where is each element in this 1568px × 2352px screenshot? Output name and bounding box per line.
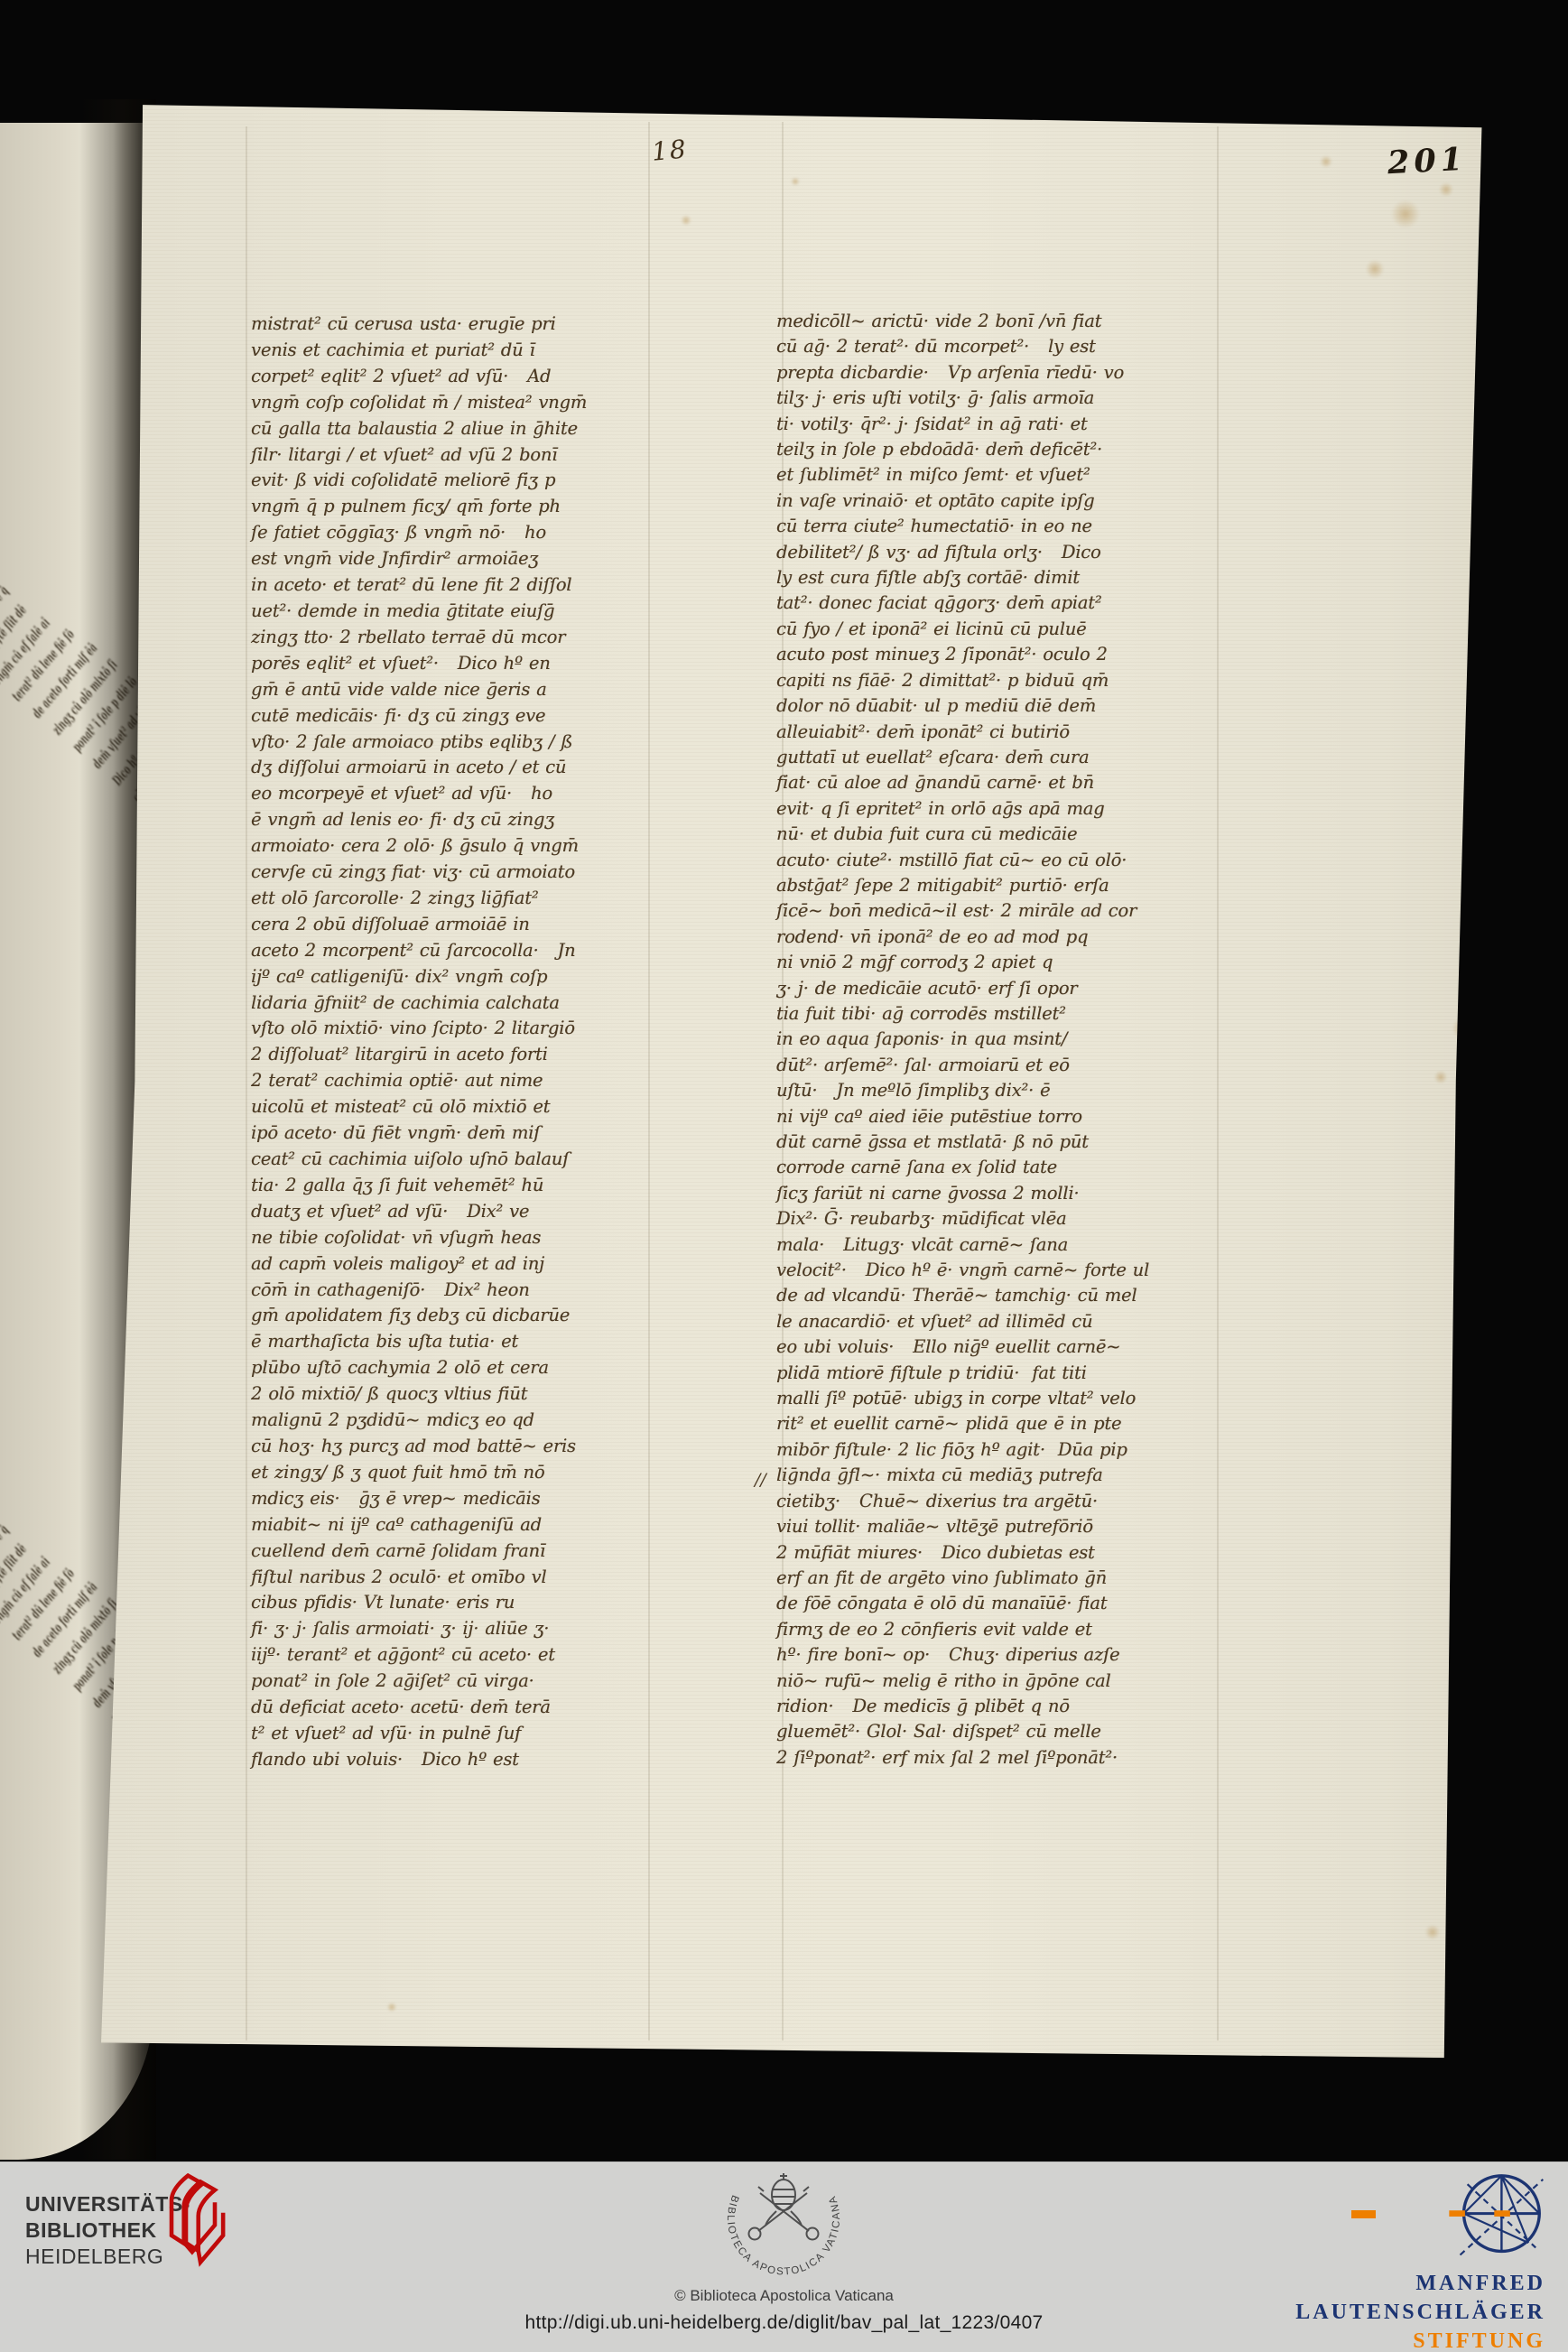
foxing-spot <box>681 215 691 226</box>
digitized-manuscript-viewer: corrodē oriē msta tē nē pſtōniē ſm̄ q̄ ī… <box>0 0 1568 2352</box>
foxing-spot <box>1452 1018 1473 1038</box>
ml-line3: STIFTUNG <box>1201 2327 1545 2352</box>
ruling-line <box>1217 126 1219 2041</box>
text-column-left: mistrat² cū cerusa usta· erugīe pri veni… <box>251 311 662 1773</box>
foxing-spot <box>1439 182 1453 197</box>
foxing-spot <box>1365 260 1385 278</box>
foxing-spot <box>1468 607 1480 619</box>
foxing-spot <box>791 177 800 186</box>
footer-banner: UNIVERSITÄTS- BIBLIOTHEK HEIDELBERG <box>0 2161 1568 2352</box>
ub-heidelberg-logo-icon <box>157 2171 229 2277</box>
page-number: 201 <box>1387 141 1468 182</box>
svg-text:BIBLIOTECA APOSTOLICA VATICANA: BIBLIOTECA APOSTOLICA VATICANA <box>725 2193 842 2277</box>
foxing-spot <box>1390 200 1421 228</box>
foxing-spot <box>1433 1071 1448 1083</box>
codex-photo: corrodē oriē msta tē nē pſtōniē ſm̄ q̄ ī… <box>0 0 1568 2161</box>
ml-line2: LAUTENSCHLÄGER <box>1201 2298 1545 2327</box>
foxing-spot <box>1424 1925 1441 1939</box>
orange-dash-icon <box>1351 2210 1376 2218</box>
foxing-spot <box>1320 155 1332 168</box>
quire-mark: 18 <box>651 134 689 166</box>
manuscript-page: 18 201 mistrat² cū cerusa usta· erugīe p… <box>0 0 1568 2161</box>
ruling-line <box>246 126 247 2041</box>
lautenschlaeger-logo-icon <box>1448 2170 1545 2272</box>
ml-line1: MANFRED <box>1201 2269 1545 2298</box>
foxing-spot <box>386 2003 397 2012</box>
lautenschlaeger-wordmark: MANFRED LAUTENSCHLÄGER STIFTUNG <box>1201 2269 1545 2352</box>
vatican-seal-arc-text: BIBLIOTECA APOSTOLICA VATICANA <box>725 2193 842 2277</box>
vatican-seal-icon: BIBLIOTECA APOSTOLICA VATICANA <box>700 2168 868 2292</box>
text-column-right: medicōll~ arictū· vide 2 bonī /vn̄ fiat … <box>776 309 1210 1771</box>
margin-mark: // <box>755 1470 766 1490</box>
